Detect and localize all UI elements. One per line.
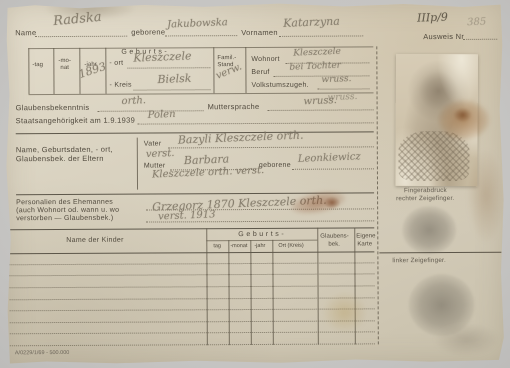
glauben-label: Glaubensbekenntnis [16, 103, 90, 112]
ehemann-label-1: Personalien des Ehemannes [16, 199, 113, 207]
table-row [10, 333, 375, 347]
geborene-handwriting: Jakubowska [167, 17, 228, 30]
vornamen-handwriting: Katarzyna [283, 15, 340, 30]
muttersprache-handwriting: wruss. [303, 95, 337, 107]
ausweis-code-handwriting: IIIp/9 [417, 10, 448, 24]
tag-label: -tag [32, 62, 43, 68]
ehemann-handwriting-2: verst. 1913 [158, 209, 216, 222]
mutter-handwriting-2: Kleszczele orth. verst. [152, 165, 265, 181]
registration-card: Name Radska geborene Jakubowska Vornamen… [5, 2, 505, 366]
right-index-fingerprint [402, 206, 456, 254]
vater-handwriting-2: verst. [146, 148, 175, 160]
mutter-geborene-handwriting: Leonkiewicz [298, 151, 361, 165]
table-col-monat: -monat [230, 243, 247, 249]
stain [468, 150, 504, 242]
ort-label: - ort [109, 60, 123, 67]
fingerprint-right-caption-2: rechter Zeigefinger. [396, 195, 454, 202]
kreis-label: - Kreis [109, 82, 131, 89]
famil-stand-label: Famil.- [217, 55, 236, 61]
mutter-handwriting: Barbara [184, 152, 230, 167]
children-table-body [9, 251, 374, 346]
name-line [35, 36, 127, 37]
wohnort-label: Wohnort [251, 56, 279, 63]
print-code: A/0229/1/69 - 500.000 [15, 350, 69, 356]
stain [435, 324, 499, 356]
vater-handwriting: Bazyli Kleszczele orth. [178, 129, 304, 147]
stain [323, 292, 367, 332]
ehemann-label-2: (auch Wohnort od. wann u. wo [16, 207, 119, 215]
glauben-handwriting: orth. [121, 95, 146, 107]
staats-label: Staatsangehörigkeit am 1.9.1939 [16, 116, 135, 126]
volkstum-line [318, 88, 370, 89]
vornamen-line [279, 35, 363, 36]
eltern-brace [137, 138, 138, 190]
muttersprache-line [268, 109, 374, 111]
fingerprint-left-caption: linker Zeigefinger. [392, 257, 446, 264]
col-divider [53, 48, 54, 94]
stain [454, 108, 472, 122]
fingerprint-right-caption-1: Fingerabdruck [404, 187, 447, 194]
right-panel-divider [376, 46, 379, 344]
kreis-handwriting: Bielsk [157, 72, 191, 86]
table-top-border [9, 227, 374, 230]
table-col-geburts: Geburts- [238, 231, 286, 238]
ort-handwriting: Kleszczele [133, 49, 192, 64]
volkstum-handwriting: wruss. [321, 74, 351, 85]
volkstum-label: Volkstumszugeh. [251, 82, 308, 89]
col-divider [213, 47, 214, 93]
beruf-handwriting: bei Tochter [289, 61, 341, 73]
table-header-subline [206, 240, 317, 242]
table-col-glaubensbek-2: bek. [328, 242, 340, 248]
fingerprint-divider [379, 252, 501, 254]
table-col-tag: tag [213, 243, 221, 249]
geborene-label: geborene [131, 27, 165, 36]
beruf-label: Beruf [251, 69, 269, 76]
muttersprache-label: Muttersprache [208, 102, 260, 111]
wohnort-handwriting: Kleszczele [293, 47, 341, 59]
stain [324, 197, 340, 209]
vater-line [168, 146, 374, 148]
staats-handwriting: Polen [147, 109, 175, 121]
eltern-label-1: Name, Geburtsdaten, - ort, [16, 145, 113, 155]
col-divider [245, 47, 246, 93]
table-col-glaubensbek-1: Glaubens- [320, 234, 349, 240]
geborene-line [165, 35, 237, 36]
ausweis-label: Ausweis Nr [423, 32, 464, 41]
name-label: Name [15, 28, 36, 37]
table-col-ort-kreis: Ort (Kreis) [278, 243, 303, 249]
table-col-eigene-karte-1: Eigene [356, 233, 375, 239]
ausweis-line [463, 39, 497, 40]
stain [45, 0, 135, 20]
monat-label: -mo- [58, 58, 71, 64]
staats-line [138, 122, 374, 124]
monat-label2: nat [60, 65, 69, 71]
kreis-line [134, 89, 211, 90]
vater-label: Vater [144, 140, 162, 147]
ort-line [127, 67, 210, 68]
table-col-eigene-karte-2: Karte [357, 241, 372, 247]
vornamen-label: Vornamen [241, 28, 278, 37]
geburts-box-left [28, 48, 29, 94]
table-col-name-der-kinder: Name der Kinder [66, 237, 123, 244]
ausweis-number-handwriting: 385 [467, 16, 487, 28]
ehemann-label-3: verstorben — Glaubensbek.) [16, 215, 113, 223]
mutter-geborene-line [292, 168, 374, 169]
table-col-jahr: -jahr [254, 243, 265, 249]
eltern-label-2: Glaubensbek. der Eltern [16, 154, 104, 163]
jahr-handwriting: 1893 [77, 60, 108, 81]
